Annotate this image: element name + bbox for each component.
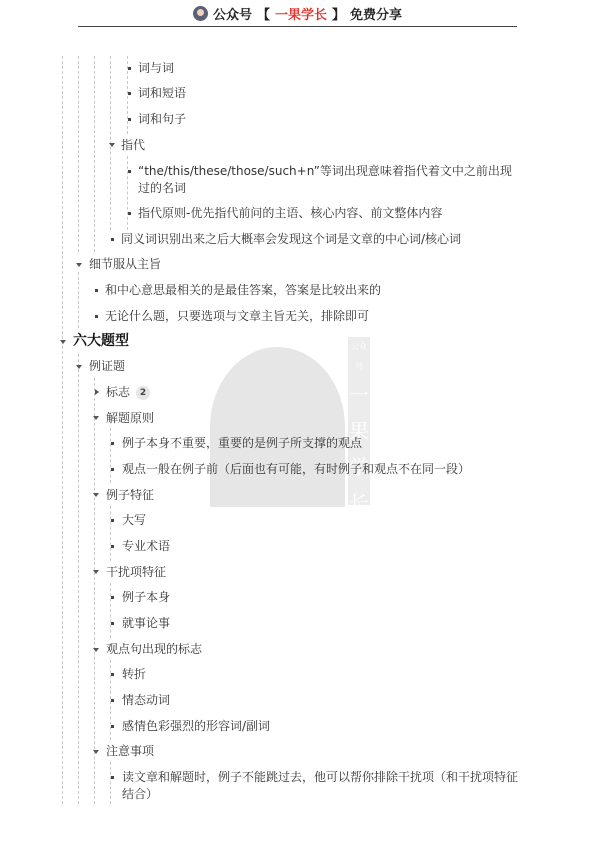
guide-line-1a — [78, 56, 79, 252]
child-count-badge[interactable]: 2 — [136, 386, 150, 400]
outline-item: 情态动词 — [122, 692, 170, 709]
expand-toggle-icon[interactable] — [93, 648, 99, 652]
outline-item: 观点句出现的标志 — [106, 641, 202, 658]
bullet-icon — [111, 238, 114, 241]
bullet-icon — [128, 212, 131, 215]
header-brand-open: 【 — [257, 4, 270, 23]
bullet-icon — [111, 545, 114, 548]
outline-item: 例证题 — [89, 358, 125, 375]
bullet-icon — [128, 118, 131, 121]
bullet-icon — [128, 170, 131, 173]
outline-item: 注意事项 — [106, 743, 154, 760]
expand-toggle-icon[interactable] — [76, 365, 82, 369]
expand-toggle-icon[interactable] — [60, 340, 66, 344]
guide-line-3b — [110, 428, 111, 483]
outline-item: 标志2 — [106, 384, 150, 401]
bullet-icon — [95, 289, 98, 292]
guide-line-4b — [127, 156, 128, 230]
watermark-text: 公众号 一 果 学 长 — [348, 337, 370, 505]
expand-toggle-icon[interactable] — [76, 263, 82, 267]
outline-item-label: 标志 — [106, 385, 130, 399]
outline-item: 词和短语 — [138, 85, 186, 102]
bullet-icon — [111, 519, 114, 522]
outline-item: 专业术语 — [122, 538, 170, 555]
bullet-icon — [128, 92, 131, 95]
guide-line-2a — [94, 56, 95, 252]
expand-toggle-icon[interactable] — [93, 570, 99, 574]
outline-item: “the/this/these/those/such+n”等词出现意味着指代着文… — [138, 163, 518, 197]
bullet-icon — [111, 699, 114, 702]
avatar-icon — [193, 6, 208, 21]
bullet-icon — [111, 596, 114, 599]
outline-item: 例子本身 — [122, 589, 170, 606]
outline-item: 无论什么题，只要选项与文章主旨无关，排除即可 — [105, 308, 369, 325]
header-suffix: 免费分享 — [350, 4, 402, 23]
header-prefix: 公众号 — [213, 4, 252, 23]
outline-item: 词和句子 — [138, 111, 186, 128]
page-header: 公众号【一果学长】免费分享 — [78, 0, 517, 27]
outline-item: 感情色彩强烈的形容词/副词 — [122, 718, 270, 735]
outline-item: 大写 — [122, 512, 146, 529]
expand-toggle-icon[interactable] — [93, 493, 99, 497]
guide-line-1b — [78, 272, 79, 328]
outline-item: 干扰项特征 — [106, 564, 166, 581]
guide-line-3d — [110, 583, 111, 638]
bullet-icon — [111, 776, 114, 779]
watermark: 公众号 一 果 学 长 — [210, 337, 370, 507]
outline-item: 就事论事 — [122, 615, 170, 632]
bullet-icon — [111, 442, 114, 445]
bullet-icon — [111, 468, 114, 471]
outline-item: 细节服从主旨 — [89, 256, 161, 273]
guide-line-2b — [94, 378, 95, 804]
bullet-icon — [95, 315, 98, 318]
bullet-icon — [111, 725, 114, 728]
outline-item: 读文章和解题时，例子不能跳过去，他可以帮你排除干扰项（和干扰项特征结合） — [122, 769, 526, 803]
bullet-icon — [111, 622, 114, 625]
outline-item: 解题原则 — [106, 410, 154, 427]
bullet-icon — [128, 67, 131, 70]
outline-item: 词与词 — [138, 60, 174, 77]
header-brand: 一果学长 — [275, 4, 327, 23]
bullet-icon — [111, 673, 114, 676]
outline-item: 和中心意思最相关的是最佳答案，答案是比较出来的 — [105, 282, 381, 299]
outline-item: 例子本身不重要，重要的是例子所支撑的观点 — [122, 435, 362, 452]
guide-line-0 — [62, 56, 63, 804]
guide-line-3c — [110, 506, 111, 561]
collapse-toggle-icon[interactable] — [95, 389, 99, 395]
expand-toggle-icon[interactable] — [93, 416, 99, 420]
guide-line-3f — [110, 762, 111, 804]
header-brand-close: 】 — [332, 4, 345, 23]
outline-item: 指代 — [121, 137, 145, 154]
outline-item: 例子特征 — [106, 487, 154, 504]
guide-line-1c — [78, 354, 79, 804]
expand-toggle-icon[interactable] — [109, 143, 115, 147]
outline-heading: 六大题型 — [73, 333, 129, 350]
outline-item: 转折 — [122, 666, 146, 683]
watermark-avatar — [210, 347, 345, 507]
outline-item: 指代原则-优先指代前问的主语、核心内容、前文整体内容 — [138, 205, 442, 222]
expand-toggle-icon[interactable] — [93, 750, 99, 754]
outline-item: 观点一般在例子前（后面也有可能，有时例子和观点不在同一段） — [122, 461, 470, 478]
outline-item: 同义词识别出来之后大概率会发现这个词是文章的中心词/核心词 — [121, 231, 461, 248]
